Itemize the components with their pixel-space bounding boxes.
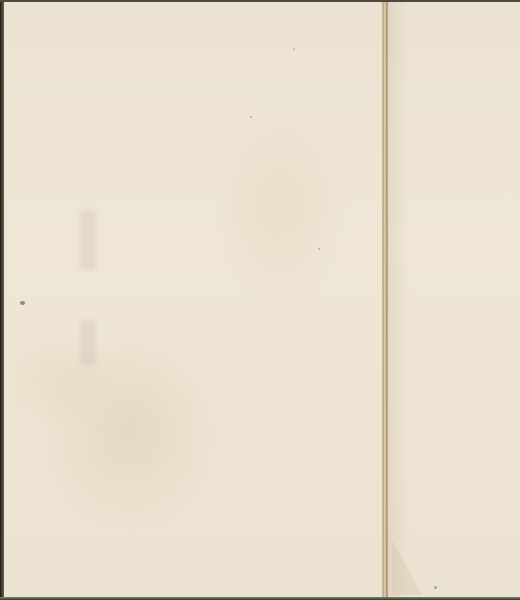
- paper-spot: [293, 48, 295, 50]
- paper-spot: [250, 116, 252, 118]
- right-page-panel: [389, 0, 520, 600]
- paper-crease: [392, 540, 422, 595]
- paper-sheet: [0, 0, 520, 600]
- left-page-panel: [4, 0, 383, 600]
- scan-top-edge: [0, 0, 520, 2]
- page-fold-line: [382, 0, 389, 600]
- scan-left-edge: [0, 0, 4, 600]
- ink-bleed-through: [80, 320, 96, 365]
- paper-spot: [318, 248, 320, 250]
- paper-spot: [434, 586, 437, 589]
- ink-bleed-through: [80, 210, 96, 270]
- paper-spot: [20, 301, 25, 305]
